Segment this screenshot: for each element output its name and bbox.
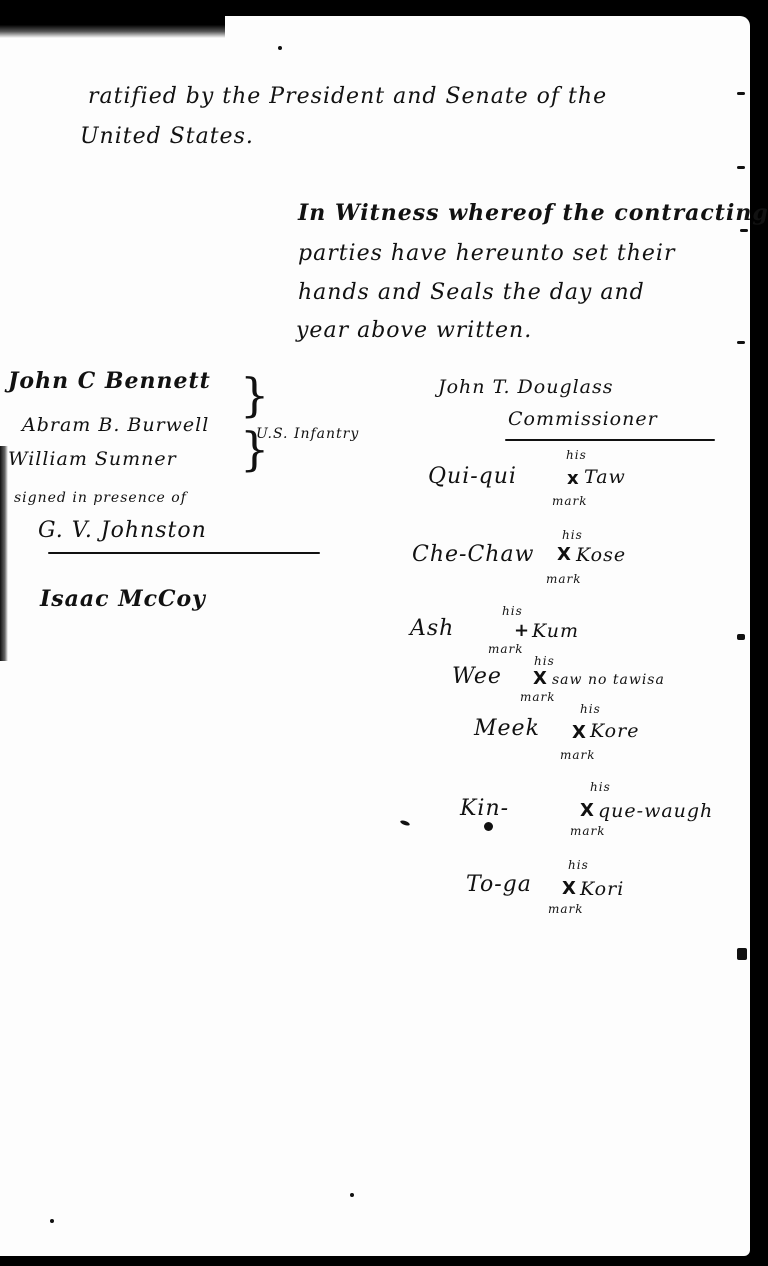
signatory-name-left: Wee — [452, 664, 502, 689]
signature-mark-x-icon: X — [557, 544, 571, 565]
margin-mark — [737, 166, 745, 169]
presence-signer-1: G. V. Johnston — [38, 518, 207, 543]
signatory-name-left: Che-Chaw — [412, 542, 534, 567]
witness-clause-line-1: In Witness whereof the contracting — [298, 200, 768, 226]
document-page: ratified by the President and Senate of … — [0, 16, 750, 1256]
witness-clause-line-2: parties have hereunto set their — [298, 241, 676, 266]
opening-line-2: United States. — [80, 124, 254, 149]
signatory-mark-label: mark — [560, 748, 596, 762]
margin-mark — [737, 341, 745, 344]
signatory-mark-label: mark — [488, 642, 524, 656]
ink-speck — [350, 1193, 354, 1197]
signatory-mark-label: mark — [570, 824, 606, 838]
signature-mark-x-icon: X — [533, 668, 547, 689]
witness-clause-line-4: year above written. — [296, 318, 532, 343]
commissioner-underline — [505, 439, 715, 441]
signatory-name-right: Kori — [580, 878, 624, 900]
signatory-name-left: To-ga — [466, 872, 532, 897]
signatory-mark-label: mark — [548, 902, 584, 916]
signatory-name-left: Qui-qui — [428, 464, 517, 489]
margin-mark — [737, 92, 745, 95]
signature-mark-x-icon: + — [514, 620, 529, 641]
signatory-name-right: Kum — [532, 620, 579, 642]
signature-mark-x-icon: X — [562, 878, 576, 899]
brace-icon: } — [240, 372, 269, 418]
ink-speck — [400, 819, 411, 826]
signed-in-presence-note: signed in presence of — [14, 490, 187, 506]
signatory-name-left: Ash — [410, 616, 454, 641]
signatory-his: his — [580, 702, 601, 716]
witness-name-3: William Sumner — [8, 448, 177, 470]
signatory-name-right: Kose — [576, 544, 626, 566]
ink-speck — [50, 1219, 54, 1223]
witness-clause-line-3: hands and Seals the day and — [298, 280, 645, 305]
presence-signer-2: Isaac McCoy — [40, 586, 206, 612]
ink-speck — [278, 46, 282, 50]
commissioner-name: John T. Douglass — [438, 376, 614, 398]
signatory-mark-label: mark — [546, 572, 582, 586]
margin-mark — [737, 634, 745, 640]
signature-mark-x-icon: X — [580, 800, 594, 821]
commissioner-title: Commissioner — [508, 408, 658, 430]
signatory-his: his — [534, 654, 555, 668]
witness-bracket-label: U.S. Infantry — [256, 426, 359, 442]
signatory-his: his — [566, 448, 587, 462]
witness-name-2: Abram B. Burwell — [22, 414, 209, 436]
signatory-his: his — [502, 604, 523, 618]
witness-name-1: John C Bennett — [8, 368, 211, 394]
signatory-mark-label: mark — [520, 690, 556, 704]
opening-line-1: ratified by the President and Senate of … — [88, 84, 607, 109]
signatory-his: his — [562, 528, 583, 542]
signature-mark-x-icon: X — [572, 722, 586, 743]
signatory-name-right: que-waugh — [598, 800, 713, 822]
signatory-name-right: Kore — [590, 720, 639, 742]
signature-underline — [48, 552, 320, 554]
ink-blot — [484, 822, 493, 831]
signatory-name-right: saw no tawisa — [552, 672, 665, 688]
margin-mark — [740, 229, 748, 232]
signatory-mark-label: mark — [552, 494, 588, 508]
signatory-name-left: Kin- — [460, 796, 509, 821]
margin-mark — [737, 948, 747, 960]
binding-shadow — [0, 446, 8, 661]
signature-mark-x-icon: x — [567, 468, 579, 489]
scan-edge-shadow — [0, 16, 225, 38]
signatory-name-left: Meek — [474, 716, 540, 741]
signatory-his: his — [590, 780, 611, 794]
signatory-his: his — [568, 858, 589, 872]
signatory-name-right: Taw — [584, 466, 626, 488]
